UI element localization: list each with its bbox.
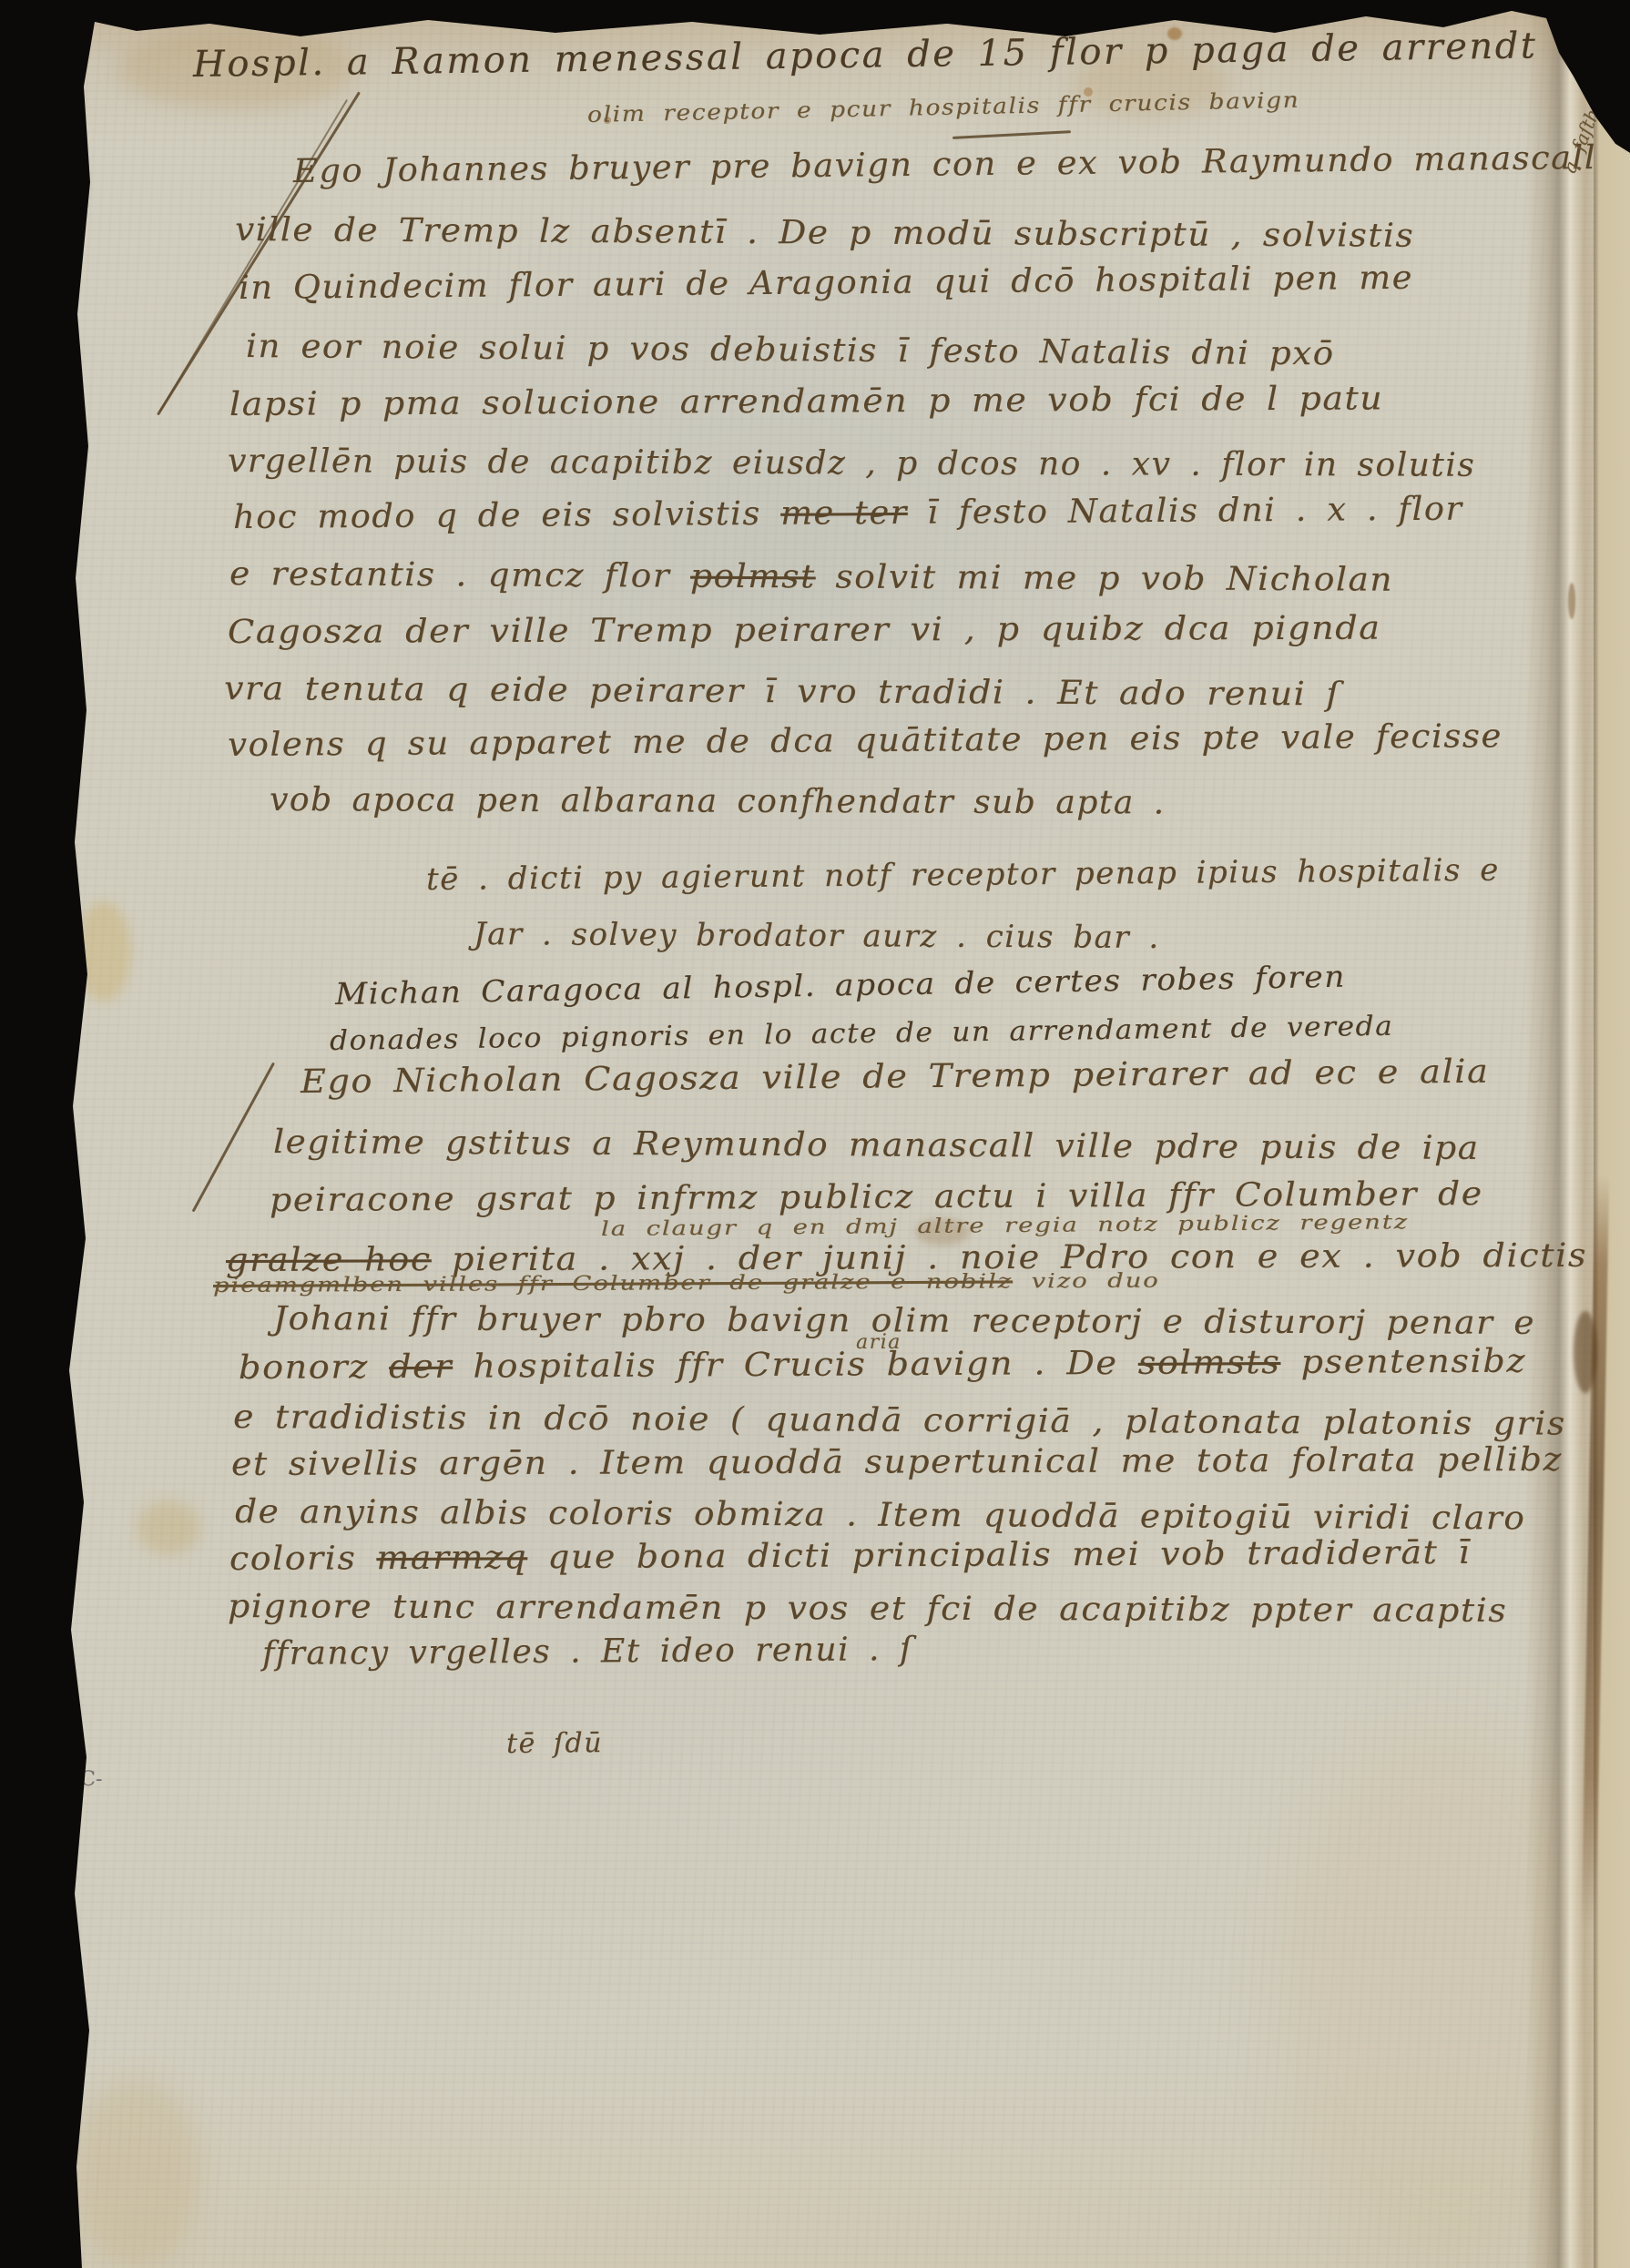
line-text: psentensibz (1280, 1343, 1526, 1381)
strikethrough-text: pieamgmlben villes ffr Columber de gralz… (213, 1270, 1013, 1297)
manuscript-line: lapsi p pma solucione arrendamēn p me vo… (229, 380, 1383, 423)
stain (76, 901, 131, 1002)
manuscript-line: et sivellis argēn . Item quoddā supertun… (231, 1441, 1563, 1483)
manuscript-line: vob apoca pen albarana confhendatr sub a… (270, 781, 1166, 821)
manuscript-line: volens q su apparet me de dca quātitate … (228, 717, 1503, 764)
manuscript-line: pignore tunc arrendamēn p vos et fci de … (228, 1588, 1507, 1630)
manuscript-line: Ego Johannes bruyer pre bavign con e ex … (293, 139, 1597, 190)
adjacent-folio-edge (1594, 0, 1630, 2268)
manuscript-line: in eor noie solui p vos debuistis ī fest… (246, 328, 1335, 372)
strikethrough-text: der (389, 1348, 453, 1386)
interlinear-insertion: pieamgmlben villes ffr Columber de gralz… (213, 1270, 1160, 1297)
manuscript-line: Johani ffr bruyer pbro bavign olim recep… (273, 1300, 1535, 1342)
line-text: hoc modo q de eis solvistis (233, 495, 780, 536)
strikethrough-text: me ter (780, 494, 908, 533)
manuscript-photo: Hospl. a Ramon menessal apoca de 15 flor… (0, 0, 1630, 2268)
stain (137, 1500, 200, 1555)
manuscript-line: in Quindecim flor auri de Aragonia qui d… (239, 259, 1413, 307)
manuscript-line: Ego Nicholan Cagosza ville de Tremp peir… (301, 1053, 1490, 1101)
manuscript-line: de anyins albis coloris obmiza . Item qu… (235, 1493, 1526, 1537)
strikethrough-text: solmsts (1138, 1344, 1281, 1382)
witness-clause-line: Jar . solvey brodator aurz . cius bar . (474, 916, 1160, 956)
witness-note: tē ſdū (506, 1727, 603, 1760)
manuscript-line: ville de Tremp lz absentī . De p modū su… (235, 211, 1414, 255)
manuscript-line: legitime gstitus a Reymundo manascall vi… (273, 1124, 1480, 1167)
manuscript-line: hoc modo q de eis solvistis me ter ī fes… (233, 491, 1463, 536)
manuscript-line: Cagosza der ville Tremp peirarer vi , p … (228, 610, 1381, 651)
manuscript-line: vra tenuta q eide peirarer ī vro tradidi… (224, 670, 1340, 713)
act2-rubric: donades loco pignoris en lo acte de un a… (330, 1011, 1394, 1057)
manuscript-line: vrgellēn puis de acapitibz eiusdz , p dc… (228, 442, 1475, 484)
line-text: bonorz (239, 1348, 389, 1387)
line-text: hospitalis ffr Crucis bavign . De (453, 1345, 1138, 1386)
interlinear-insertion: olim receptor e pcur hospitalis ffr cruc… (587, 87, 1300, 127)
manuscript-line: coloris marmzq que bona dicti principali… (229, 1534, 1471, 1578)
notarial-slash (192, 1063, 275, 1213)
manuscript-line: bonorz der hospitalis ffr Crucis bavign … (239, 1343, 1526, 1387)
act1-rubric: Hospl. a Ramon menessal apoca de 15 flor… (193, 25, 1538, 86)
strikethrough-text: marmzq (376, 1539, 527, 1577)
manuscript-line: e tradidistis in dcō noie ( quandā corri… (233, 1398, 1566, 1443)
folio-pencil-mark: C- (80, 1768, 102, 1791)
insertion-dash (953, 130, 1071, 139)
line-text: e restantis . qmcz flor (229, 555, 690, 595)
act2-rubric: Michan Caragoca al hospl. apoca de certe… (335, 959, 1346, 1012)
line-text: que bona dicti principalis mei vob tradi… (527, 1534, 1471, 1576)
line-text: coloris (229, 1540, 377, 1578)
line-text: solvit mi me p vob Nicholan (816, 558, 1394, 598)
manuscript-page: Hospl. a Ramon menessal apoca de 15 flor… (0, 0, 1630, 2268)
manuscript-line: e restantis . qmcz flor polmst solvit mi… (229, 555, 1393, 599)
binding-damage-fleck (1568, 583, 1575, 619)
stain (73, 2076, 200, 2268)
witness-clause-line: tē . dicti py agierunt notf receptor pen… (426, 852, 1500, 898)
strikethrough-text: polmst (690, 558, 816, 596)
manuscript-line: ffrancy vrgelles . Et ideo renui . ſ (262, 1631, 913, 1673)
binding-damage-blotch (1574, 1311, 1597, 1393)
line-text: vizo duo (1013, 1270, 1160, 1294)
line-text: ī festo Natalis dni . x . flor (908, 491, 1463, 532)
